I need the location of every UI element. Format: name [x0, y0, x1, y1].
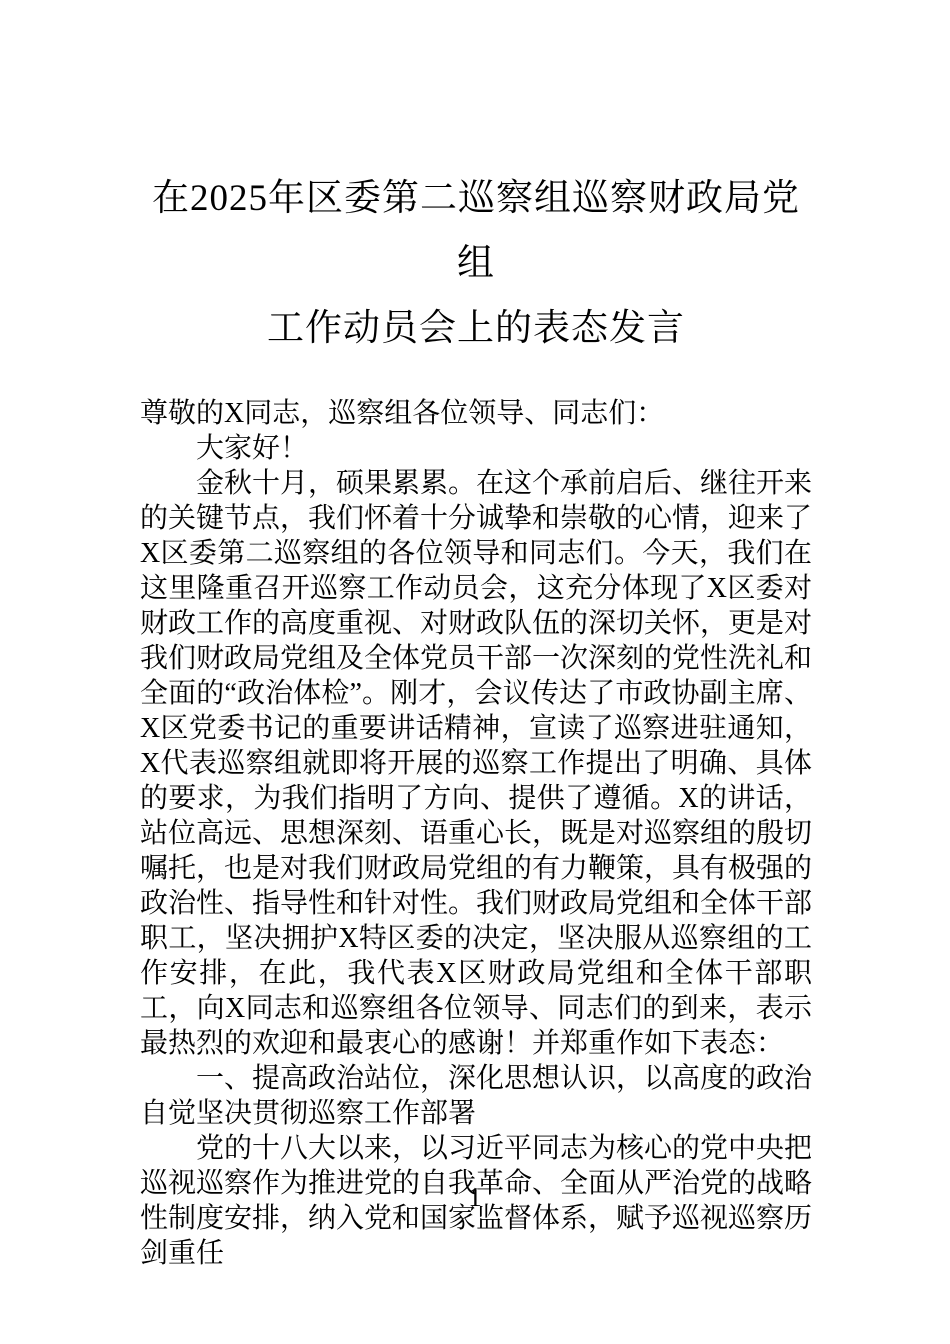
document-title: 在2025年区委第二巡察组巡察财政局党组 工作动员会上的表态发言 — [140, 166, 812, 361]
section-heading: 一、提高政治站位，深化思想认识，以高度的政治自觉坚决贯彻巡察工作部署 — [140, 1061, 812, 1131]
document-title-line-1: 在2025年区委第二巡察组巡察财政局党组 — [140, 166, 812, 296]
document-title-line-2: 工作动员会上的表态发言 — [140, 296, 812, 361]
document-page: 在2025年区委第二巡察组巡察财政局党组 工作动员会上的表态发言 尊敬的X同志，… — [0, 0, 950, 1344]
page-number: 1 — [0, 1180, 950, 1215]
paragraph: 金秋十月，硕果累累。在这个承前启后、继往开来的关键节点，我们怀着十分诚挚和崇敬的… — [140, 466, 812, 1061]
document-body: 尊敬的X同志，巡察组各位领导、同志们：大家好！金秋十月，硕果累累。在这个承前启后… — [140, 396, 812, 1271]
paragraph: 大家好！ — [140, 431, 812, 466]
paragraph: 尊敬的X同志，巡察组各位领导、同志们： — [140, 396, 812, 431]
